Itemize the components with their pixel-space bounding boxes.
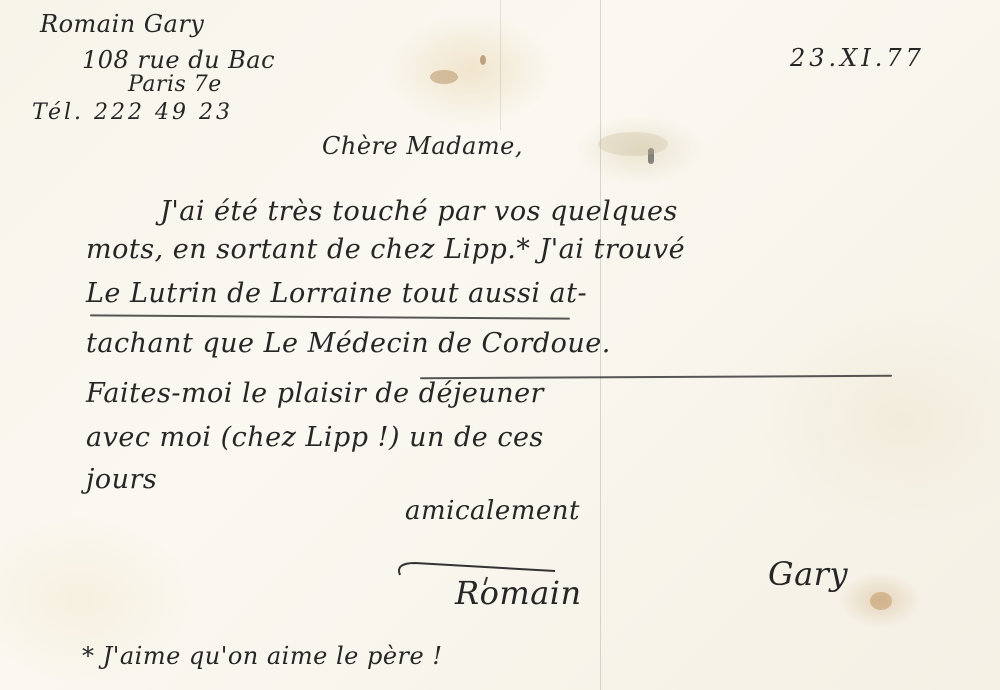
title-underline: [90, 314, 570, 319]
letter-date: 23.XI.77: [790, 44, 925, 72]
body-line: tachant que Le Médecin de Cordoue.: [86, 328, 611, 359]
signature-last-name: Gary: [768, 555, 848, 593]
closing: amicalement: [405, 496, 580, 526]
body-line: jours: [86, 464, 157, 495]
body-line: J'ai été très touché par vos quelques: [160, 196, 678, 227]
body-line: mots, en sortant de chez Lipp.* J'ai tro…: [86, 234, 685, 265]
sender-street: 108 rue du Bac: [82, 46, 275, 74]
rust-spot: [480, 55, 486, 65]
rust-spot: [430, 70, 458, 84]
signature-first-name: Romain: [455, 574, 582, 612]
body-line: Faites-moi le plaisir de déjeuner: [86, 378, 544, 409]
paper-crease: [500, 0, 501, 130]
salutation: Chère Madame,: [322, 132, 523, 160]
rust-spot: [870, 592, 892, 610]
postscript: * J'aime qu'on aime le père !: [82, 642, 442, 670]
sender-telephone: Tél. 222 49 23: [32, 100, 233, 125]
sender-name: Romain Gary: [40, 10, 204, 38]
water-stain: [598, 132, 668, 156]
body-line: Le Lutrin de Lorraine tout aussi at-: [86, 278, 587, 309]
sender-city: Paris 7e: [128, 72, 222, 97]
body-line: avec moi (chez Lipp !) un de ces: [86, 422, 544, 453]
handwritten-letter: Romain Gary 108 rue du Bac Paris 7e Tél.…: [0, 0, 1000, 690]
